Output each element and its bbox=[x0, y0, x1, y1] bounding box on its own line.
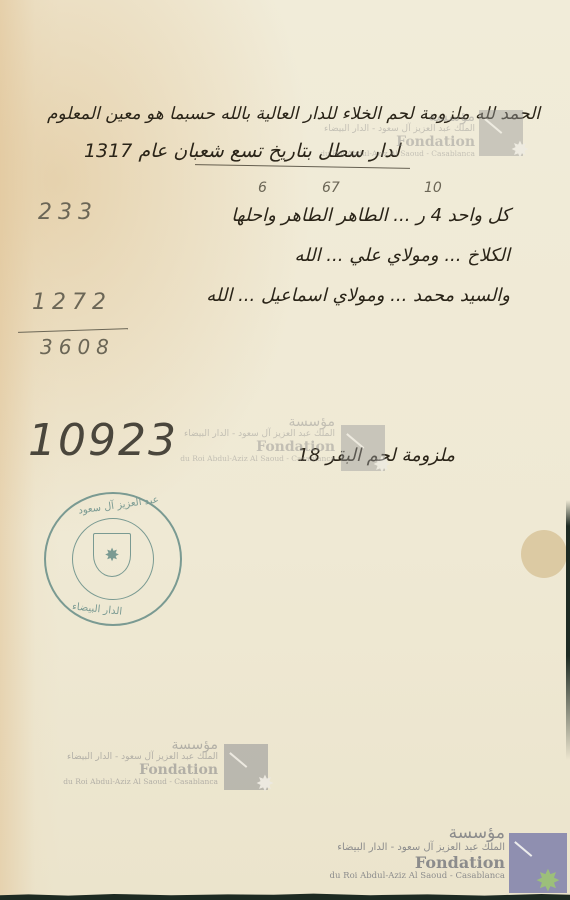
seal-bottom-text: الدار البيضاء bbox=[72, 601, 123, 617]
foundation-watermark: مؤسسة الملك عبد العزيز آل سعود - الدار ا… bbox=[160, 415, 335, 463]
watermark-french-subtitle: du Roi Abdul-Aziz Al Saoud - Casablanca bbox=[50, 778, 218, 786]
pencil-number-1: 233 bbox=[38, 200, 98, 225]
watermark-french-subtitle: du Roi Abdul-Aziz Al Saoud - Casablanca bbox=[305, 872, 505, 881]
torn-bottom-edge bbox=[0, 892, 570, 900]
watermark-french-title: Fondation bbox=[160, 440, 335, 455]
watermark-arabic-title: مؤسسة bbox=[305, 825, 505, 842]
pencil-number-2: 1272 bbox=[32, 290, 112, 315]
superscript-number: 6 bbox=[258, 180, 267, 196]
manuscript-line-4: الكلاخ ... ومولاي علي ... الله bbox=[294, 245, 510, 266]
foundation-logo-icon: ✸ bbox=[341, 425, 385, 471]
flourish-underline bbox=[195, 164, 410, 169]
watermark-arabic-title: مؤسسة bbox=[300, 110, 475, 124]
watermark-arabic-title: مؤسسة bbox=[50, 738, 218, 752]
sum-divider-line bbox=[18, 328, 128, 333]
watermark-french-title: Fondation bbox=[305, 854, 505, 872]
circular-seal-stamp: عبد العزيز آل سعود ✸ الدار البيضاء bbox=[44, 492, 182, 626]
watermark-french-title: Fondation bbox=[300, 135, 475, 150]
manuscript-page: الحمد لله ملزومة لحم الخلاء للدار العالي… bbox=[0, 0, 570, 900]
foundation-logo-icon: ✸ bbox=[479, 110, 523, 156]
page-edge-shadow bbox=[566, 500, 570, 760]
superscript-number: 10 bbox=[424, 180, 442, 196]
foundation-watermark: مؤسسة الملك عبد العزيز آل سعود - الدار ا… bbox=[300, 110, 475, 158]
octagram-star-icon: ✸ bbox=[93, 533, 131, 577]
catalog-number: 10923 bbox=[28, 415, 178, 466]
seal-inner-ring: ✸ bbox=[72, 518, 154, 600]
pencil-sum: 3608 bbox=[40, 335, 115, 359]
foundation-logo-icon: ✸ bbox=[509, 833, 567, 893]
paper-stain bbox=[521, 530, 567, 578]
manuscript-line-5: والسيد محمد ... ومولاي اسماعيل ... الله bbox=[206, 285, 510, 306]
watermark-arabic-title: مؤسسة bbox=[160, 415, 335, 429]
superscript-number: 67 bbox=[322, 180, 340, 196]
watermark-french-title: Fondation bbox=[50, 763, 218, 778]
manuscript-line-3: كل واحد 4 ر ... الطاهر الطاهر واحلها bbox=[231, 205, 510, 226]
foundation-logo-icon: ✸ bbox=[224, 744, 268, 790]
watermark-french-subtitle: du Roi Abdul-Aziz Al Saoud - Casablanca bbox=[300, 150, 475, 158]
foundation-watermark: مؤسسة الملك عبد العزيز آل سعود - الدار ا… bbox=[305, 825, 505, 881]
watermark-french-subtitle: du Roi Abdul-Aziz Al Saoud - Casablanca bbox=[160, 455, 335, 463]
foundation-watermark: مؤسسة الملك عبد العزيز آل سعود - الدار ا… bbox=[50, 738, 218, 786]
seal-top-text: عبد العزيز آل سعود bbox=[78, 494, 160, 516]
